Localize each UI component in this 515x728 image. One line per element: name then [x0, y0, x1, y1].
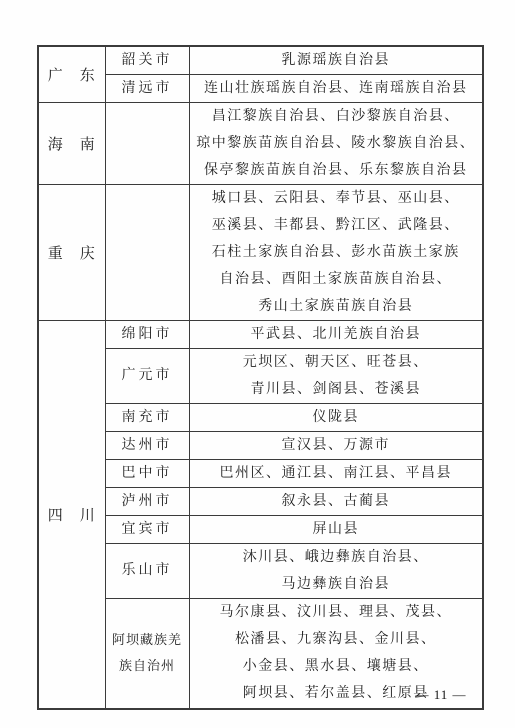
- city-cell-leshan: 乐山市: [105, 544, 189, 599]
- city-cell-nanchong: 南充市: [105, 404, 189, 432]
- city-cell-guangyuan: 广元市: [105, 349, 189, 404]
- province-cell-hainan: 海 南: [38, 103, 105, 185]
- city-cell-empty-hainan: [105, 103, 189, 185]
- province-cell-guangdong: 广 东: [38, 46, 105, 103]
- county-line: 屏山县: [190, 516, 483, 543]
- city-cell-empty-chongqing: [105, 185, 189, 321]
- county-line: 马边彝族自治县: [190, 571, 483, 598]
- county-line: 小金县、黑水县、壤塘县、: [190, 653, 483, 680]
- city-cell-dazhou: 达州市: [105, 432, 189, 460]
- document-page: 广 东 韶关市 乳源瑶族自治县 清远市 连山壮族瑶族自治县、连南瑶族自治县 海 …: [0, 0, 515, 728]
- counties-cell-guangyuan: 元坝区、朝天区、旺苍县、 青川县、剑阁县、苍溪县: [189, 349, 483, 404]
- county-line: 马尔康县、汶川县、理县、茂县、: [190, 599, 483, 626]
- counties-cell-bazhong: 巴州区、通江县、南江县、平昌县: [189, 460, 483, 488]
- county-line: 石柱土家族自治县、彭水苗族土家族: [190, 239, 483, 266]
- counties-cell-mianyang: 平武县、北川羌族自治县: [189, 321, 483, 349]
- county-line: 巴州区、通江县、南江县、平昌县: [190, 460, 483, 487]
- city-cell-aba: 阿坝藏族羌族自治州: [105, 599, 189, 709]
- province-cell-sichuan: 四 川: [38, 321, 105, 709]
- city-cell-mianyang: 绵阳市: [105, 321, 189, 349]
- county-line: 平武县、北川羌族自治县: [190, 321, 483, 348]
- county-line: 青川县、剑阁县、苍溪县: [190, 376, 483, 403]
- counties-cell-qingyuan: 连山壮族瑶族自治县、连南瑶族自治县: [189, 75, 483, 103]
- counties-cell-yibin: 屏山县: [189, 516, 483, 544]
- province-cell-chongqing: 重 庆: [38, 185, 105, 321]
- city-cell-yibin: 宜宾市: [105, 516, 189, 544]
- county-line: 仪陇县: [190, 404, 483, 431]
- county-line: 沐川县、峨边彝族自治县、: [190, 544, 483, 571]
- county-line: 自治县、酉阳土家族苗族自治县、: [190, 266, 483, 293]
- counties-cell-chongqing: 城口县、云阳县、奉节县、巫山县、 巫溪县、丰都县、黔江区、武隆县、 石柱土家族自…: [189, 185, 483, 321]
- city-cell-shaoguan: 韶关市: [105, 46, 189, 75]
- county-line: 琼中黎族苗族自治县、陵水黎族自治县、: [190, 130, 483, 157]
- city-cell-luzhou: 泸州市: [105, 488, 189, 516]
- page-number: — 11 —: [401, 687, 481, 703]
- counties-cell-nanchong: 仪陇县: [189, 404, 483, 432]
- city-cell-qingyuan: 清远市: [105, 75, 189, 103]
- counties-cell-hainan: 昌江黎族自治县、白沙黎族自治县、 琼中黎族苗族自治县、陵水黎族自治县、 保亭黎族…: [189, 103, 483, 185]
- county-line: 连山壮族瑶族自治县、连南瑶族自治县: [190, 75, 483, 102]
- county-line: 保亭黎族苗族自治县、乐东黎族自治县: [190, 157, 483, 184]
- counties-cell-dazhou: 宣汉县、万源市: [189, 432, 483, 460]
- county-line: 城口县、云阳县、奉节县、巫山县、: [190, 185, 483, 212]
- counties-cell-leshan: 沐川县、峨边彝族自治县、 马边彝族自治县: [189, 544, 483, 599]
- city-cell-bazhong: 巴中市: [105, 460, 189, 488]
- county-line: 巫溪县、丰都县、黔江区、武隆县、: [190, 212, 483, 239]
- admin-regions-table: 广 东 韶关市 乳源瑶族自治县 清远市 连山壮族瑶族自治县、连南瑶族自治县 海 …: [37, 45, 484, 710]
- counties-cell-luzhou: 叙永县、古蔺县: [189, 488, 483, 516]
- county-line: 叙永县、古蔺县: [190, 488, 483, 515]
- county-line: 乳源瑶族自治县: [190, 47, 483, 74]
- county-line: 秀山土家族苗族自治县: [190, 293, 483, 320]
- county-line: 元坝区、朝天区、旺苍县、: [190, 349, 483, 376]
- county-line: 宣汉县、万源市: [190, 432, 483, 459]
- county-line: 昌江黎族自治县、白沙黎族自治县、: [190, 103, 483, 130]
- county-line: 松潘县、九寨沟县、金川县、: [190, 626, 483, 653]
- counties-cell-shaoguan: 乳源瑶族自治县: [189, 46, 483, 75]
